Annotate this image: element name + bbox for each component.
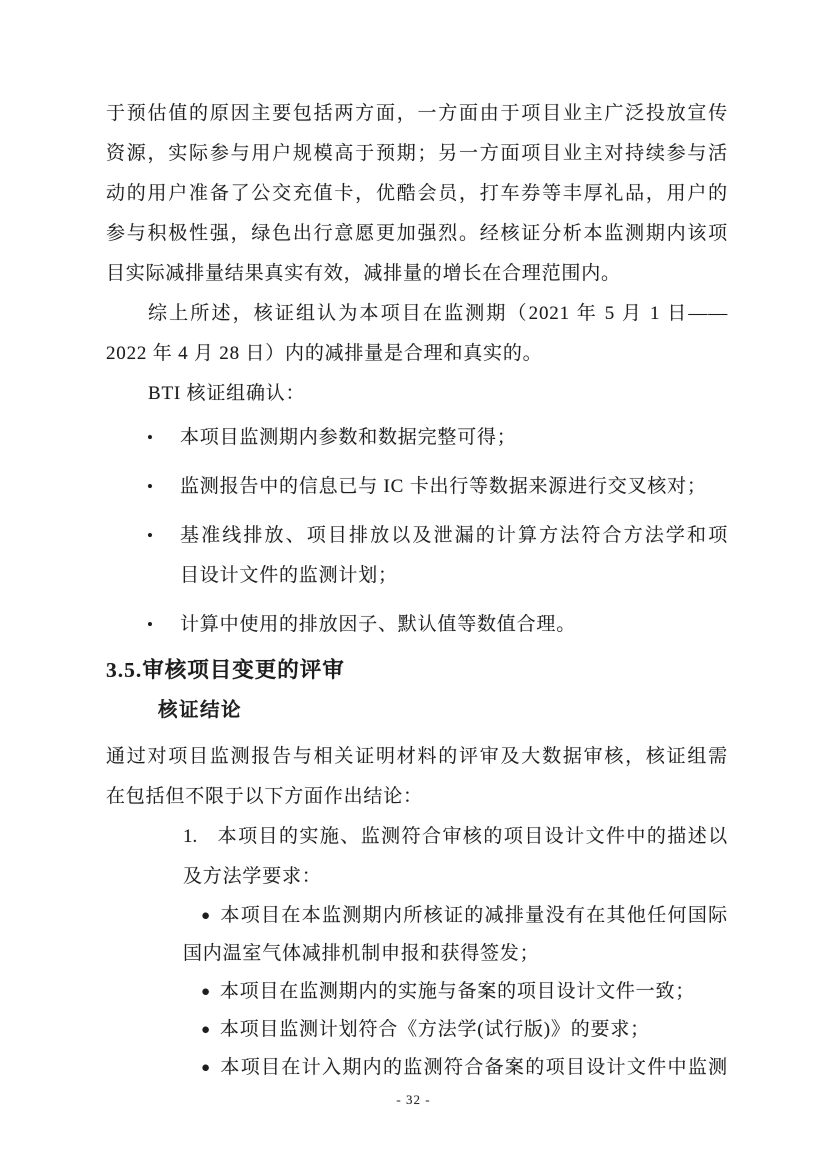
body-line: 参与积极性强，绿色出行意愿更加强烈。经核证分析本监测期内该项	[106, 214, 728, 254]
paragraph-verification-scope: 通过对项目监测报告与相关证明材料的评审及大数据审核，核证组需 在包括但不限于以下…	[106, 737, 728, 817]
bullet-text: 基准线排放、项目排放以及泄漏的计算方法符合方法学和项	[180, 516, 728, 556]
bullet-marker-icon: •	[147, 467, 154, 507]
bullet-item: • 监测报告中的信息已与 IC 卡出行等数据来源进行交叉核对；	[106, 467, 728, 507]
numbered-line: 1.本项目的实施、监测符合审核的项目设计文件中的描述以	[183, 817, 728, 857]
sub-bullet-line: ●本项目监测计划符合《方法学(试行版)》的要求；	[183, 1011, 728, 1049]
paragraph-conclusion-summary: 综上所述，核证组认为本项目在监测期（2021 年 5 月 1 日—— 2022 …	[106, 294, 728, 374]
body-line: 综上所述，核证组认为本项目在监测期（2021 年 5 月 1 日——	[106, 294, 728, 334]
list-number: 1.	[183, 817, 217, 857]
sub-bullet-text: 本项目监测计划符合《方法学(试行版)》的要求；	[220, 1019, 650, 1040]
sub-bullet-item: ●本项目监测计划符合《方法学(试行版)》的要求；	[183, 1011, 728, 1049]
bullet-marker-icon: •	[147, 418, 154, 458]
bullet-text: 本项目监测期内参数和数据完整可得；	[180, 418, 728, 458]
sub-bullet-line: ●本项目在本监测期内所核证的减排量没有在其他任何国际	[183, 897, 728, 935]
bullet-item: • 本项目监测期内参数和数据完整可得；	[106, 418, 728, 458]
bullet-text: 监测报告中的信息已与 IC 卡出行等数据来源进行交叉核对；	[180, 467, 728, 507]
bullet-marker-icon: ●	[201, 908, 211, 924]
section-heading: 3.5.审核项目变更的评审	[106, 655, 728, 685]
page-body: 于预估值的原因主要包括两方面，一方面由于项目业主广泛投放宣传 资源，实际参与用户…	[106, 94, 728, 1087]
bullet-marker-icon: •	[147, 516, 154, 556]
bullet-text: 计算中使用的排放因子、默认值等数值合理。	[180, 605, 728, 645]
sub-bullet-item: ●本项目在监测期内的实施与备案的项目设计文件一致；	[183, 973, 728, 1011]
paragraph-reduction-analysis: 于预估值的原因主要包括两方面，一方面由于项目业主广泛投放宣传 资源，实际参与用户…	[106, 94, 728, 294]
sub-bullet-text: 本项目在计入期内的监测符合备案的项目设计文件中监测	[220, 1057, 728, 1078]
bullet-list: • 本项目监测期内参数和数据完整可得； • 监测报告中的信息已与 IC 卡出行等…	[106, 418, 728, 645]
numbered-text: 本项目的实施、监测符合审核的项目设计文件中的描述以	[217, 826, 728, 847]
sub-bullet-item: ●本项目在计入期内的监测符合备案的项目设计文件中监测	[183, 1049, 728, 1087]
document-page: 于预估值的原因主要包括两方面，一方面由于项目业主广泛投放宣传 资源，实际参与用户…	[0, 0, 827, 1170]
body-line: 2022 年 4 月 28 日）内的减排量是合理和真实的。	[106, 334, 728, 374]
sub-bullet-text: 本项目在本监测期内所核证的减排量没有在其他任何国际	[220, 905, 728, 926]
body-line: 通过对项目监测报告与相关证明材料的评审及大数据审核，核证组需	[106, 737, 728, 777]
sub-bullet-line: 国内温室气体减排机制申报和获得签发；	[183, 935, 728, 973]
sub-bullet-item: ●本项目在本监测期内所核证的减排量没有在其他任何国际 国内温室气体减排机制申报和…	[183, 897, 728, 973]
bullet-marker-icon: •	[147, 605, 154, 645]
body-line: 目实际减排量结果真实有效，减排量的增长在合理范围内。	[106, 254, 728, 294]
sub-bullet-list: ●本项目在本监测期内所核证的减排量没有在其他任何国际 国内温室气体减排机制申报和…	[106, 897, 728, 1087]
bullet-item: • 基准线排放、项目排放以及泄漏的计算方法符合方法学和项 目设计文件的监测计划；	[106, 516, 728, 596]
page-number: - 32 -	[396, 1092, 430, 1107]
sub-bullet-line: ●本项目在计入期内的监测符合备案的项目设计文件中监测	[183, 1049, 728, 1087]
bullet-item: • 计算中使用的排放因子、默认值等数值合理。	[106, 605, 728, 645]
sub-bullet-line: ●本项目在监测期内的实施与备案的项目设计文件一致；	[183, 973, 728, 1011]
sub-bullet-text: 本项目在监测期内的实施与备案的项目设计文件一致；	[220, 981, 695, 1002]
page-footer: - 32 -	[0, 1092, 827, 1108]
bullet-marker-icon: ●	[201, 1060, 211, 1076]
bullet-marker-icon: ●	[201, 984, 211, 1000]
numbered-item: 1.本项目的实施、监测符合审核的项目设计文件中的描述以 及方法学要求：	[106, 817, 728, 897]
numbered-line: 及方法学要求：	[183, 857, 728, 897]
subsection-heading: 核证结论	[106, 697, 728, 725]
body-line: 动的用户准备了公交充值卡，优酷会员，打车券等丰厚礼品，用户的	[106, 174, 728, 214]
body-line: 于预估值的原因主要包括两方面，一方面由于项目业主广泛投放宣传	[106, 94, 728, 134]
body-line: BTI 核证组确认：	[106, 374, 728, 414]
bullet-marker-icon: ●	[201, 1022, 211, 1038]
paragraph-bti-confirmation: BTI 核证组确认：	[106, 374, 728, 414]
body-line: 资源，实际参与用户规模高于预期；另一方面项目业主对持续参与活	[106, 134, 728, 174]
body-line: 在包括但不限于以下方面作出结论：	[106, 777, 728, 817]
bullet-text: 目设计文件的监测计划；	[180, 556, 728, 596]
